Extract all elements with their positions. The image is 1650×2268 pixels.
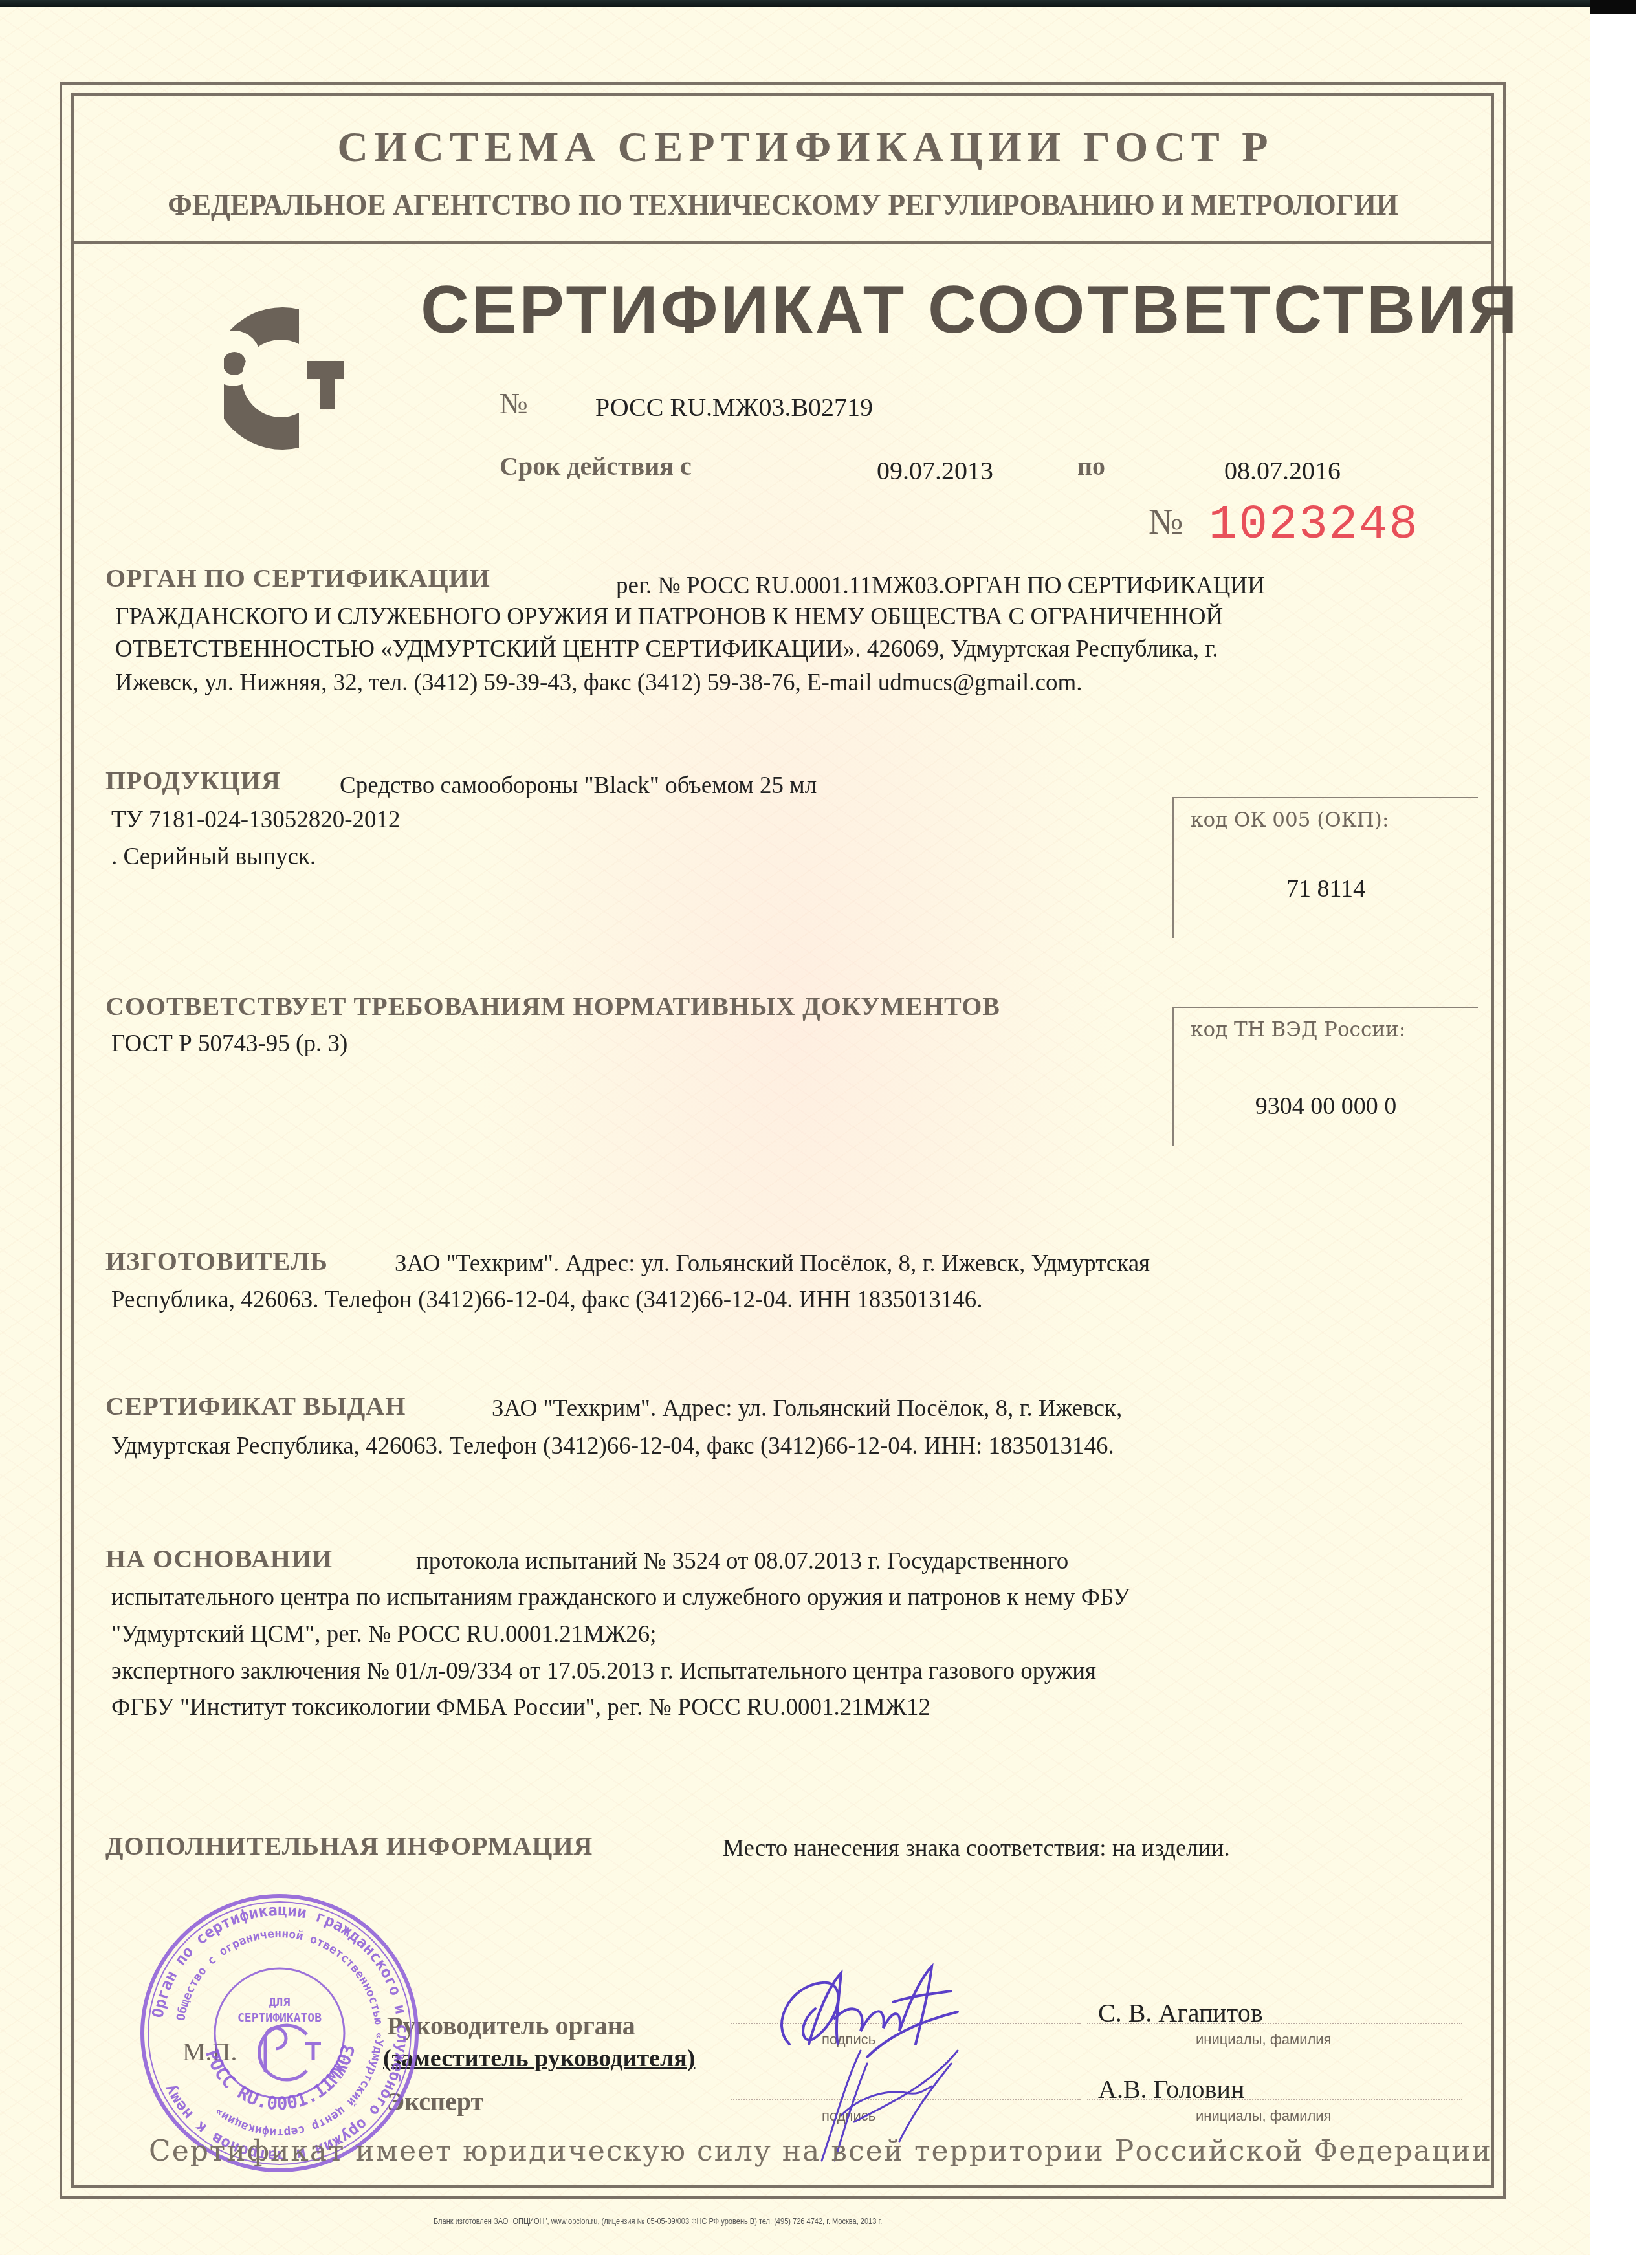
- certification-body-line: ГРАЖДАНСКОГО И СЛУЖЕБНОГО ОРУЖИЯ И ПАТРО…: [115, 603, 1223, 631]
- header-divider: [71, 241, 1494, 244]
- basis-line: протокола испытаний № 3524 от 08.07.2013…: [416, 1547, 1068, 1575]
- certification-body-line: рег. № РОСС RU.0001.11МЖ03.ОРГАН ПО СЕРТ…: [616, 572, 1265, 600]
- document-title: СЕРТИФИКАТ СООТВЕТСТВИЯ: [421, 272, 1520, 349]
- basis-label: НА ОСНОВАНИИ: [105, 1543, 333, 1574]
- manufacturer-line: ЗАО "Техкрим". Адрес: ул. Гольянский Пос…: [395, 1250, 1150, 1278]
- manufacturer-line: Республика, 426063. Телефон (3412)66-12-…: [111, 1286, 983, 1314]
- certification-body-label: ОРГАН ПО СЕРТИФИКАЦИИ: [105, 563, 490, 593]
- scan-edge-top: [0, 0, 1590, 7]
- head-name-caption: инициалы, фамилия: [1196, 2031, 1332, 2048]
- validity-label: Срок действия с: [500, 451, 692, 481]
- basis-line: ФГБУ "Институт токсикологии ФМБА России"…: [111, 1694, 930, 1721]
- issued-to-line: ЗАО "Техкрим". Адрес: ул. Гольянский Пос…: [492, 1395, 1122, 1423]
- basis-line: "Удмуртский ЦСМ", рег. № РОСС RU.0001.21…: [111, 1620, 657, 1648]
- additional-info-label: ДОПОЛНИТЕЛЬНАЯ ИНФОРМАЦИЯ: [105, 1831, 593, 1861]
- tnved-code-box: код ТН ВЭД России: 9304 00 000 0: [1172, 1007, 1478, 1146]
- okp-code-box: код ОК 005 (ОКП): 71 8114: [1172, 797, 1478, 938]
- issued-to-label: СЕРТИФИКАТ ВЫДАН: [105, 1391, 406, 1421]
- head-role-label: Руководитель органа: [387, 2011, 635, 2041]
- tnved-code-label: код ТН ВЭД России:: [1191, 1018, 1405, 1041]
- seal-center-text-2: СЕРТИФИКАТОВ: [237, 2011, 322, 2025]
- system-title: СИСТЕМА СЕРТИФИКАЦИИ ГОСТ Р: [336, 123, 1275, 172]
- valid-to-date: 08.07.2016: [1224, 455, 1341, 486]
- head-name: С. В. Агапитов: [1098, 1998, 1263, 2028]
- product-label: ПРОДУКЦИЯ: [105, 765, 281, 796]
- number-sign: №: [500, 386, 528, 420]
- manufacturer-label: ИЗГОТОВИТЕЛЬ: [105, 1246, 328, 1276]
- blank-serial-number: 1023248: [1209, 498, 1419, 552]
- valid-from-date: 09.07.2013: [877, 455, 993, 486]
- certification-body-line: Ижевск, ул. Нижняя, 32, тел. (3412) 59-3…: [115, 669, 1082, 697]
- valid-to-label: по: [1077, 451, 1105, 481]
- expert-name-caption: инициалы, фамилия: [1196, 2108, 1332, 2124]
- okp-code-label: код ОК 005 (ОКП):: [1191, 809, 1389, 832]
- expert-name: А.В. Головин: [1098, 2074, 1244, 2104]
- certificate-number: РОСС RU.МЖ03.В02719: [595, 392, 873, 422]
- conformity-line: ГОСТ Р 50743-95 (р. 3): [111, 1030, 347, 1058]
- scan-edge-corner: [1590, 0, 1636, 14]
- tnved-code-value: 9304 00 000 0: [1174, 1092, 1478, 1120]
- additional-info-text: Место нанесения знака соответствия: на и…: [723, 1835, 1230, 1862]
- legal-notice: Сертификат имеет юридическую силу на все…: [149, 2135, 1417, 2168]
- serial-number-sign: №: [1149, 501, 1183, 543]
- blank-imprint: Бланк изготовлен ЗАО "ОПЦИОН", www.opcio…: [434, 2217, 882, 2226]
- product-line: Средство самообороны "Black" объемом 25 …: [340, 772, 817, 800]
- certification-body-line: ОТВЕТСТВЕННОСТЬЮ «УДМУРТСКИЙ ЦЕНТР СЕРТИ…: [115, 635, 1218, 663]
- agency-name: ФЕДЕРАЛЬНОЕ АГЕНТСТВО ПО ТЕХНИЧЕСКОМУ РЕ…: [130, 188, 1436, 223]
- seal-center-text-1: ДЛЯ: [269, 1996, 291, 2009]
- basis-line: экспертного заключения № 01/л-09/334 от …: [111, 1657, 1096, 1685]
- product-line: ТУ 7181-024-13052820-2012: [111, 806, 401, 834]
- product-line: . Серийный выпуск.: [111, 843, 316, 871]
- conformity-label: СООТВЕТСТВУЕТ ТРЕБОВАНИЯМ НОРМАТИВНЫХ ДО…: [105, 991, 1000, 1021]
- organization-seal-icon: Орган по сертификации гражданского и слу…: [137, 1891, 422, 2175]
- basis-line: испытательного центра по испытаниям граж…: [111, 1584, 1130, 1611]
- okp-code-value: 71 8114: [1174, 875, 1478, 903]
- head-role-sub-label: (заместитель руководителя): [383, 2044, 695, 2073]
- issued-to-line: Удмуртская Республика, 426063. Телефон (…: [111, 1432, 1114, 1460]
- rst-conformity-mark-icon: [170, 304, 364, 453]
